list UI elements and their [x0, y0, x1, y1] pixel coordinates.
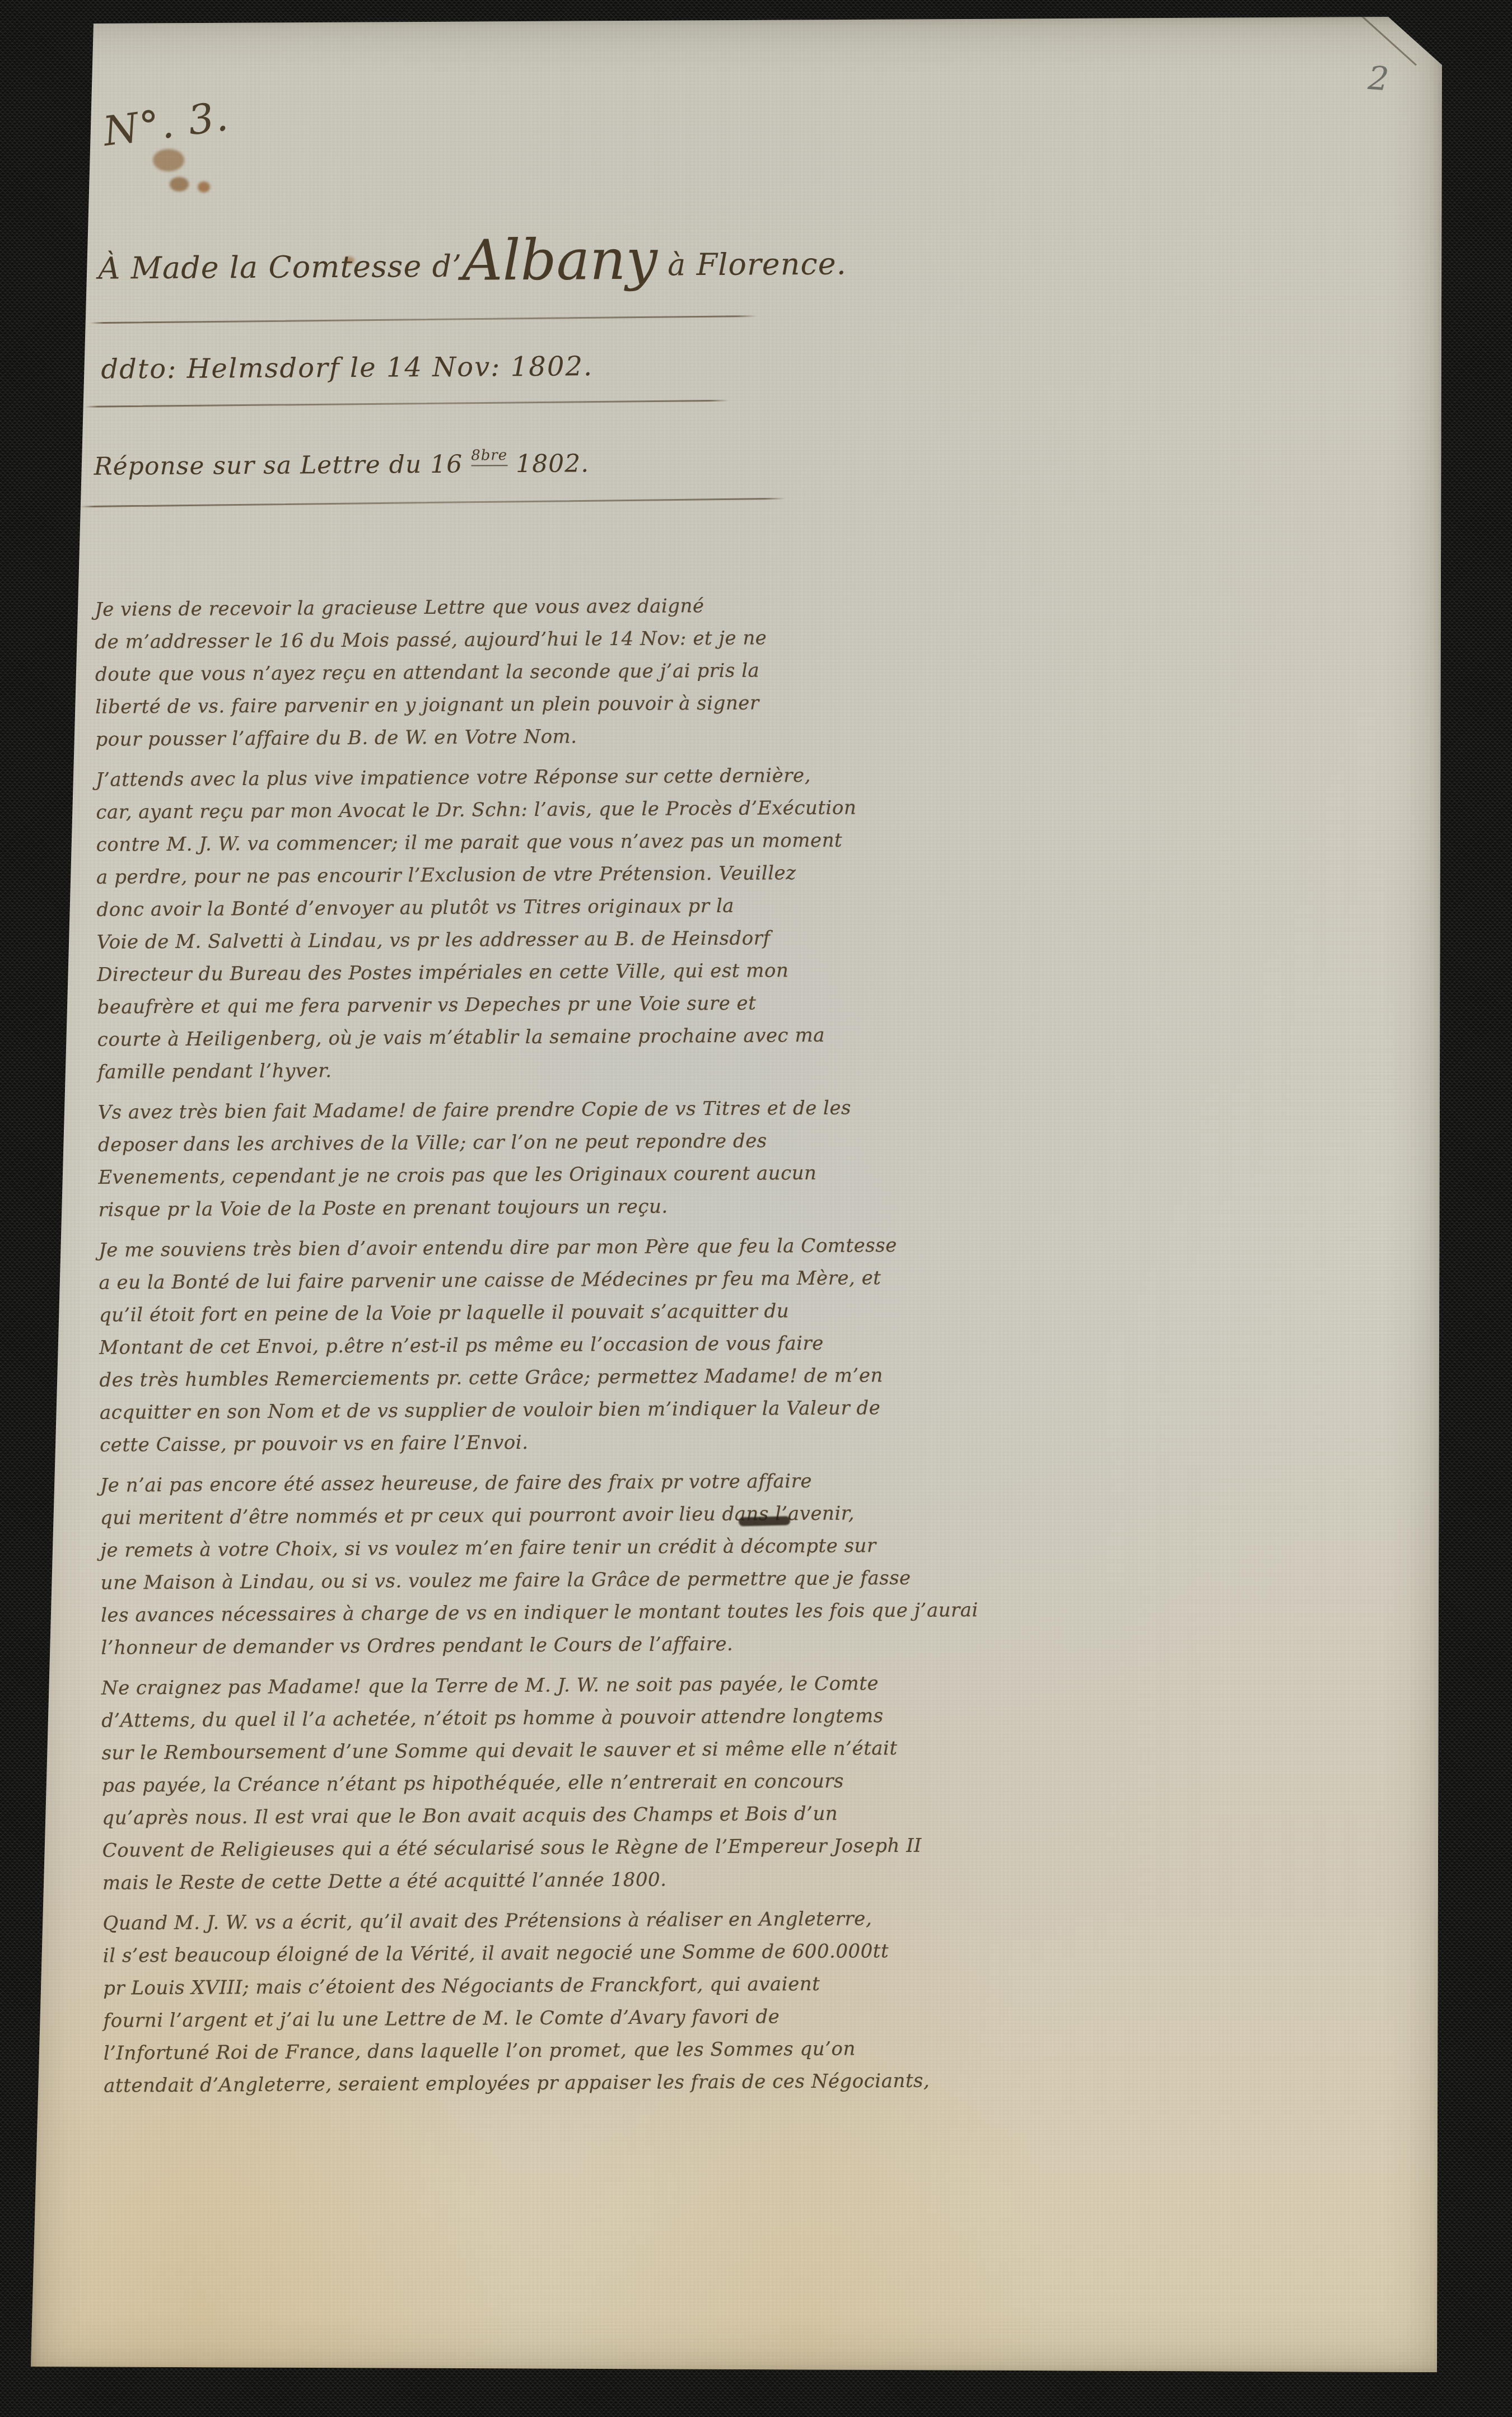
handwritten-line: contre M. J. W. va commencer; il me para… [96, 823, 970, 861]
handwritten-line: attendait d’Angleterre, seraient employé… [104, 2064, 977, 2102]
handwriting-layer: N°. 3. À Made la Comtesse d’Albany à Flo… [31, 7, 1457, 2373]
paragraph: Je viens de recevoir la gracieuse Lettre… [95, 588, 969, 756]
addressee-name: Albany [462, 227, 657, 293]
handwritten-line: a perdre, pour ne pas encourir l’Exclusi… [96, 856, 970, 894]
handwritten-line: qu’il étoit fort en peine de la Voie pr … [99, 1294, 973, 1332]
handwritten-line: Je n’ai pas encore été assez heureuse, d… [100, 1464, 973, 1502]
address-prefix: À Made la Comtesse d’ [98, 249, 462, 286]
handwritten-line: sur le Remboursement d’une Somme qui dev… [101, 1732, 975, 1770]
handwritten-line: mais le Reste de cette Dette a été acqui… [102, 1861, 976, 1900]
paragraph: Vs avez très bien fait Madame! de faire … [97, 1091, 972, 1226]
address-suffix: à Florence. [657, 246, 847, 282]
handwritten-line: de m’addresser le 16 du Mois passé, aujo… [95, 620, 968, 659]
handwritten-line: des très humbles Remerciements pr. cette… [99, 1359, 973, 1397]
handwritten-line: les avances nécessaires à charge de vs e… [101, 1594, 974, 1632]
handwritten-line: Voie de M. Salvetti à Lindau, vs pr les … [97, 921, 970, 959]
subject-prefix: Réponse sur sa Lettre du 16 [94, 450, 471, 481]
letter-page: 2 N°. 3. À Made la Comtesse d’Albany à F… [31, 16, 1442, 2373]
underline-rule [90, 315, 757, 324]
handwritten-line: Je me souviens très bien d’avoir entendu… [99, 1229, 972, 1267]
handwritten-line: l’honneur de demander vs Ordres pendant … [101, 1626, 974, 1664]
handwritten-line: donc avoir la Bonté d’envoyer au plutôt … [96, 888, 970, 926]
letter-body: Je viens de recevoir la gracieuse Lettre… [95, 588, 978, 2110]
handwritten-line: Ne craignez pas Madame! que la Terre de … [101, 1667, 975, 1705]
handwritten-line: car, ayant reçu par mon Avocat le Dr. Sc… [96, 791, 969, 829]
handwritten-line: a eu la Bonté de lui faire parvenir une … [99, 1261, 972, 1299]
handwritten-line: deposer dans les archives de la Ville; c… [98, 1123, 972, 1161]
handwritten-line: d’Attems, du quel il l’a achetée, n’étoi… [101, 1699, 975, 1737]
handwritten-line: l’Infortuné Roi de France, dans laquelle… [104, 2032, 977, 2070]
handwritten-line: doute que vous n’ayez reçu en attendant … [95, 653, 969, 691]
dateline-heading: ddto: Helmsdorf le 14 Nov: 1802. [101, 351, 593, 385]
handwritten-line: risque pr la Voie de la Poste en prenant… [98, 1188, 972, 1226]
underline-rule [80, 498, 786, 507]
handwritten-line: pour pousser l’affaire du B. de W. en Vo… [95, 718, 969, 756]
handwritten-line: courte à Heiligenberg, où je vais m’étab… [97, 1018, 971, 1056]
handwritten-line: qui meritent d’être nommés et pr ceux qu… [100, 1496, 974, 1534]
paragraph: J’attends avec la plus vive impatience v… [96, 758, 972, 1089]
handwritten-line: famille pendant l’hyver. [97, 1051, 971, 1089]
handwritten-line: fourni l’argent et j’ai lu une Lettre de… [103, 1999, 977, 2037]
handwritten-line: J’attends avec la plus vive impatience v… [96, 758, 969, 796]
handwritten-line: acquitter en son Nom et de vs supplier d… [100, 1391, 973, 1429]
handwritten-line: Directeur du Bureau des Postes impériale… [97, 953, 970, 991]
paragraph: Ne craignez pas Madame! que la Terre de … [101, 1667, 976, 1900]
handwritten-line: Montant de cet Envoi, p.être n’est-il ps… [99, 1326, 973, 1364]
paragraph: Quand M. J. W. vs a écrit, qu’il avait d… [102, 1902, 977, 2102]
handwritten-line: qu’après nous. Il est vrai que le Bon av… [102, 1797, 976, 1835]
handwritten-line: je remets à votre Choix, si vs voulez m’… [100, 1529, 974, 1567]
address-heading: À Made la Comtesse d’Albany à Florence. [98, 246, 882, 286]
subject-suffix: 1802. [507, 449, 589, 478]
handwritten-line: pr Louis XVIII; mais c’étoient des Négoc… [103, 1967, 977, 2005]
handwritten-line: Vs avez très bien fait Madame! de faire … [97, 1091, 971, 1129]
handwritten-line: cette Caisse, pr pouvoir vs en faire l’E… [100, 1424, 973, 1462]
paragraph: Je me souviens très bien d’avoir entendu… [99, 1229, 973, 1462]
handwritten-line: beaufrère et qui me fera parvenir vs Dep… [97, 986, 970, 1024]
handwritten-line: liberté de vs. faire parvenir en y joign… [95, 685, 969, 724]
month-abbreviation: 8bre [471, 447, 507, 466]
subject-heading: Réponse sur sa Lettre du 16 8bre 1802. [94, 446, 589, 480]
handwritten-line: pas payée, la Créance n’étant ps hipothé… [102, 1764, 976, 1802]
underline-rule [85, 400, 729, 408]
handwritten-line: Quand M. J. W. vs a écrit, qu’il avait d… [102, 1902, 976, 1940]
paragraph: Je n’ai pas encore été assez heureuse, d… [100, 1464, 974, 1664]
scanned-document-view: { "scan": { "pencil_page_number": "2", "… [0, 0, 1512, 2417]
file-number: N°. 3. [100, 92, 231, 155]
handwritten-line: Evenements, cependant je ne crois pas qu… [98, 1156, 972, 1194]
handwritten-line: une Maison à Lindau, ou si vs. voulez me… [101, 1561, 974, 1599]
handwritten-line: Couvent de Religieuses qui a été sécular… [102, 1829, 976, 1867]
handwritten-line: il s’est beaucoup éloigné de la Vérité, … [103, 1934, 977, 1972]
crossed-out-word [739, 1516, 790, 1526]
handwritten-line: Je viens de recevoir la gracieuse Lettre… [95, 588, 968, 626]
